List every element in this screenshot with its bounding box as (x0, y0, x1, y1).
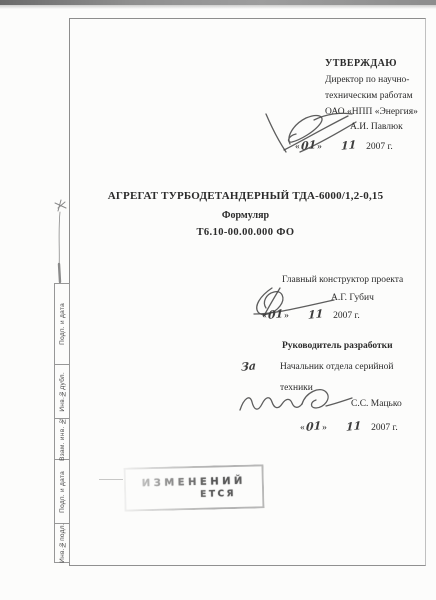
margin-label: Подп. и дата (59, 303, 66, 345)
approval-heading: УТВЕРЖДАЮ (325, 56, 435, 72)
handwritten-day: 01 (268, 307, 284, 322)
margin-label: Взам. инв. № (59, 417, 66, 461)
approval-date: « 01 » 11 2007 г. (294, 139, 393, 152)
document-title: АГРЕГАТ ТУРБОДЕТАНДЕРНЫЙ ТДА-6000/1,2-0,… (67, 190, 424, 202)
chief-designer-date: « 01 » 11 2007 г. (261, 308, 360, 321)
chief-designer-signee-name: А.Г. Губич (331, 293, 374, 303)
margin-label: Подп. и дата (59, 471, 66, 513)
quote-close: » (322, 423, 327, 433)
signature-matsko (236, 384, 358, 422)
stamp-smudge (99, 479, 123, 480)
changes-stamp: ИЗМЕНЕНИЙ ЕТСЯ (123, 464, 264, 511)
dev-lead-signee-name: С.С. Мацько (351, 399, 402, 409)
quote-open: « (295, 142, 300, 152)
dev-lead-position-line1: Начальник отдела серийной (280, 362, 393, 372)
document-subtitle: Формуляр (67, 210, 424, 221)
margin-box-vzam-inv: Взам. инв. № (54, 418, 70, 460)
margin-box-inv-dubl: Инв.№дубл. (54, 364, 70, 419)
date-year: 2007 г. (333, 311, 360, 321)
approval-line: техническим работам (325, 88, 435, 104)
stamp-line2: ЕТСЯ (200, 488, 236, 499)
handwritten-month: 11 (308, 307, 324, 322)
title-block: АГРЕГАТ ТУРБОДЕТАНДЕРНЫЙ ТДА-6000/1,2-0,… (67, 190, 424, 238)
dev-lead-heading: Руководитель разработки (282, 341, 393, 351)
scan-edge-fade (0, 5, 436, 9)
approval-line: Директор по научно- (325, 72, 435, 88)
scanned-document-page: Подп. и дата Инв.№дубл. Взам. инв. № Под… (0, 0, 436, 600)
date-year: 2007 г. (371, 423, 398, 433)
margin-box-podp-i-data-2: Подп. и дата (54, 459, 70, 524)
margin-box-inv-podl: Инв.№подл. (54, 523, 70, 563)
quote-close: » (284, 311, 289, 321)
quote-close: » (317, 142, 322, 152)
document-number: Т6.10-00.00.000 ФО (67, 227, 424, 238)
dev-lead-date: « 01 » 11 2007 г. (299, 420, 398, 433)
margin-box-podp-i-data-1: Подп. и дата (54, 283, 70, 365)
approval-signee-name: А.И. Павлюк (350, 122, 403, 132)
margin-label-column: Подп. и дата Инв.№дубл. Взам. инв. № Под… (54, 283, 70, 563)
quote-open: « (300, 423, 305, 433)
margin-label: Инв.№дубл. (59, 372, 66, 412)
quote-open: « (262, 311, 267, 321)
stamp-line1: ИЗМЕНЕНИЙ (142, 475, 246, 489)
handwritten-month: 11 (346, 419, 362, 434)
handwritten-day: 01 (301, 138, 317, 153)
margin-label: Инв.№подл. (59, 523, 66, 563)
date-year: 2007 г. (366, 142, 393, 152)
handwritten-day: 01 (306, 419, 322, 434)
handwritten-acting-mark: За (241, 359, 256, 374)
handwritten-month: 11 (341, 138, 357, 153)
